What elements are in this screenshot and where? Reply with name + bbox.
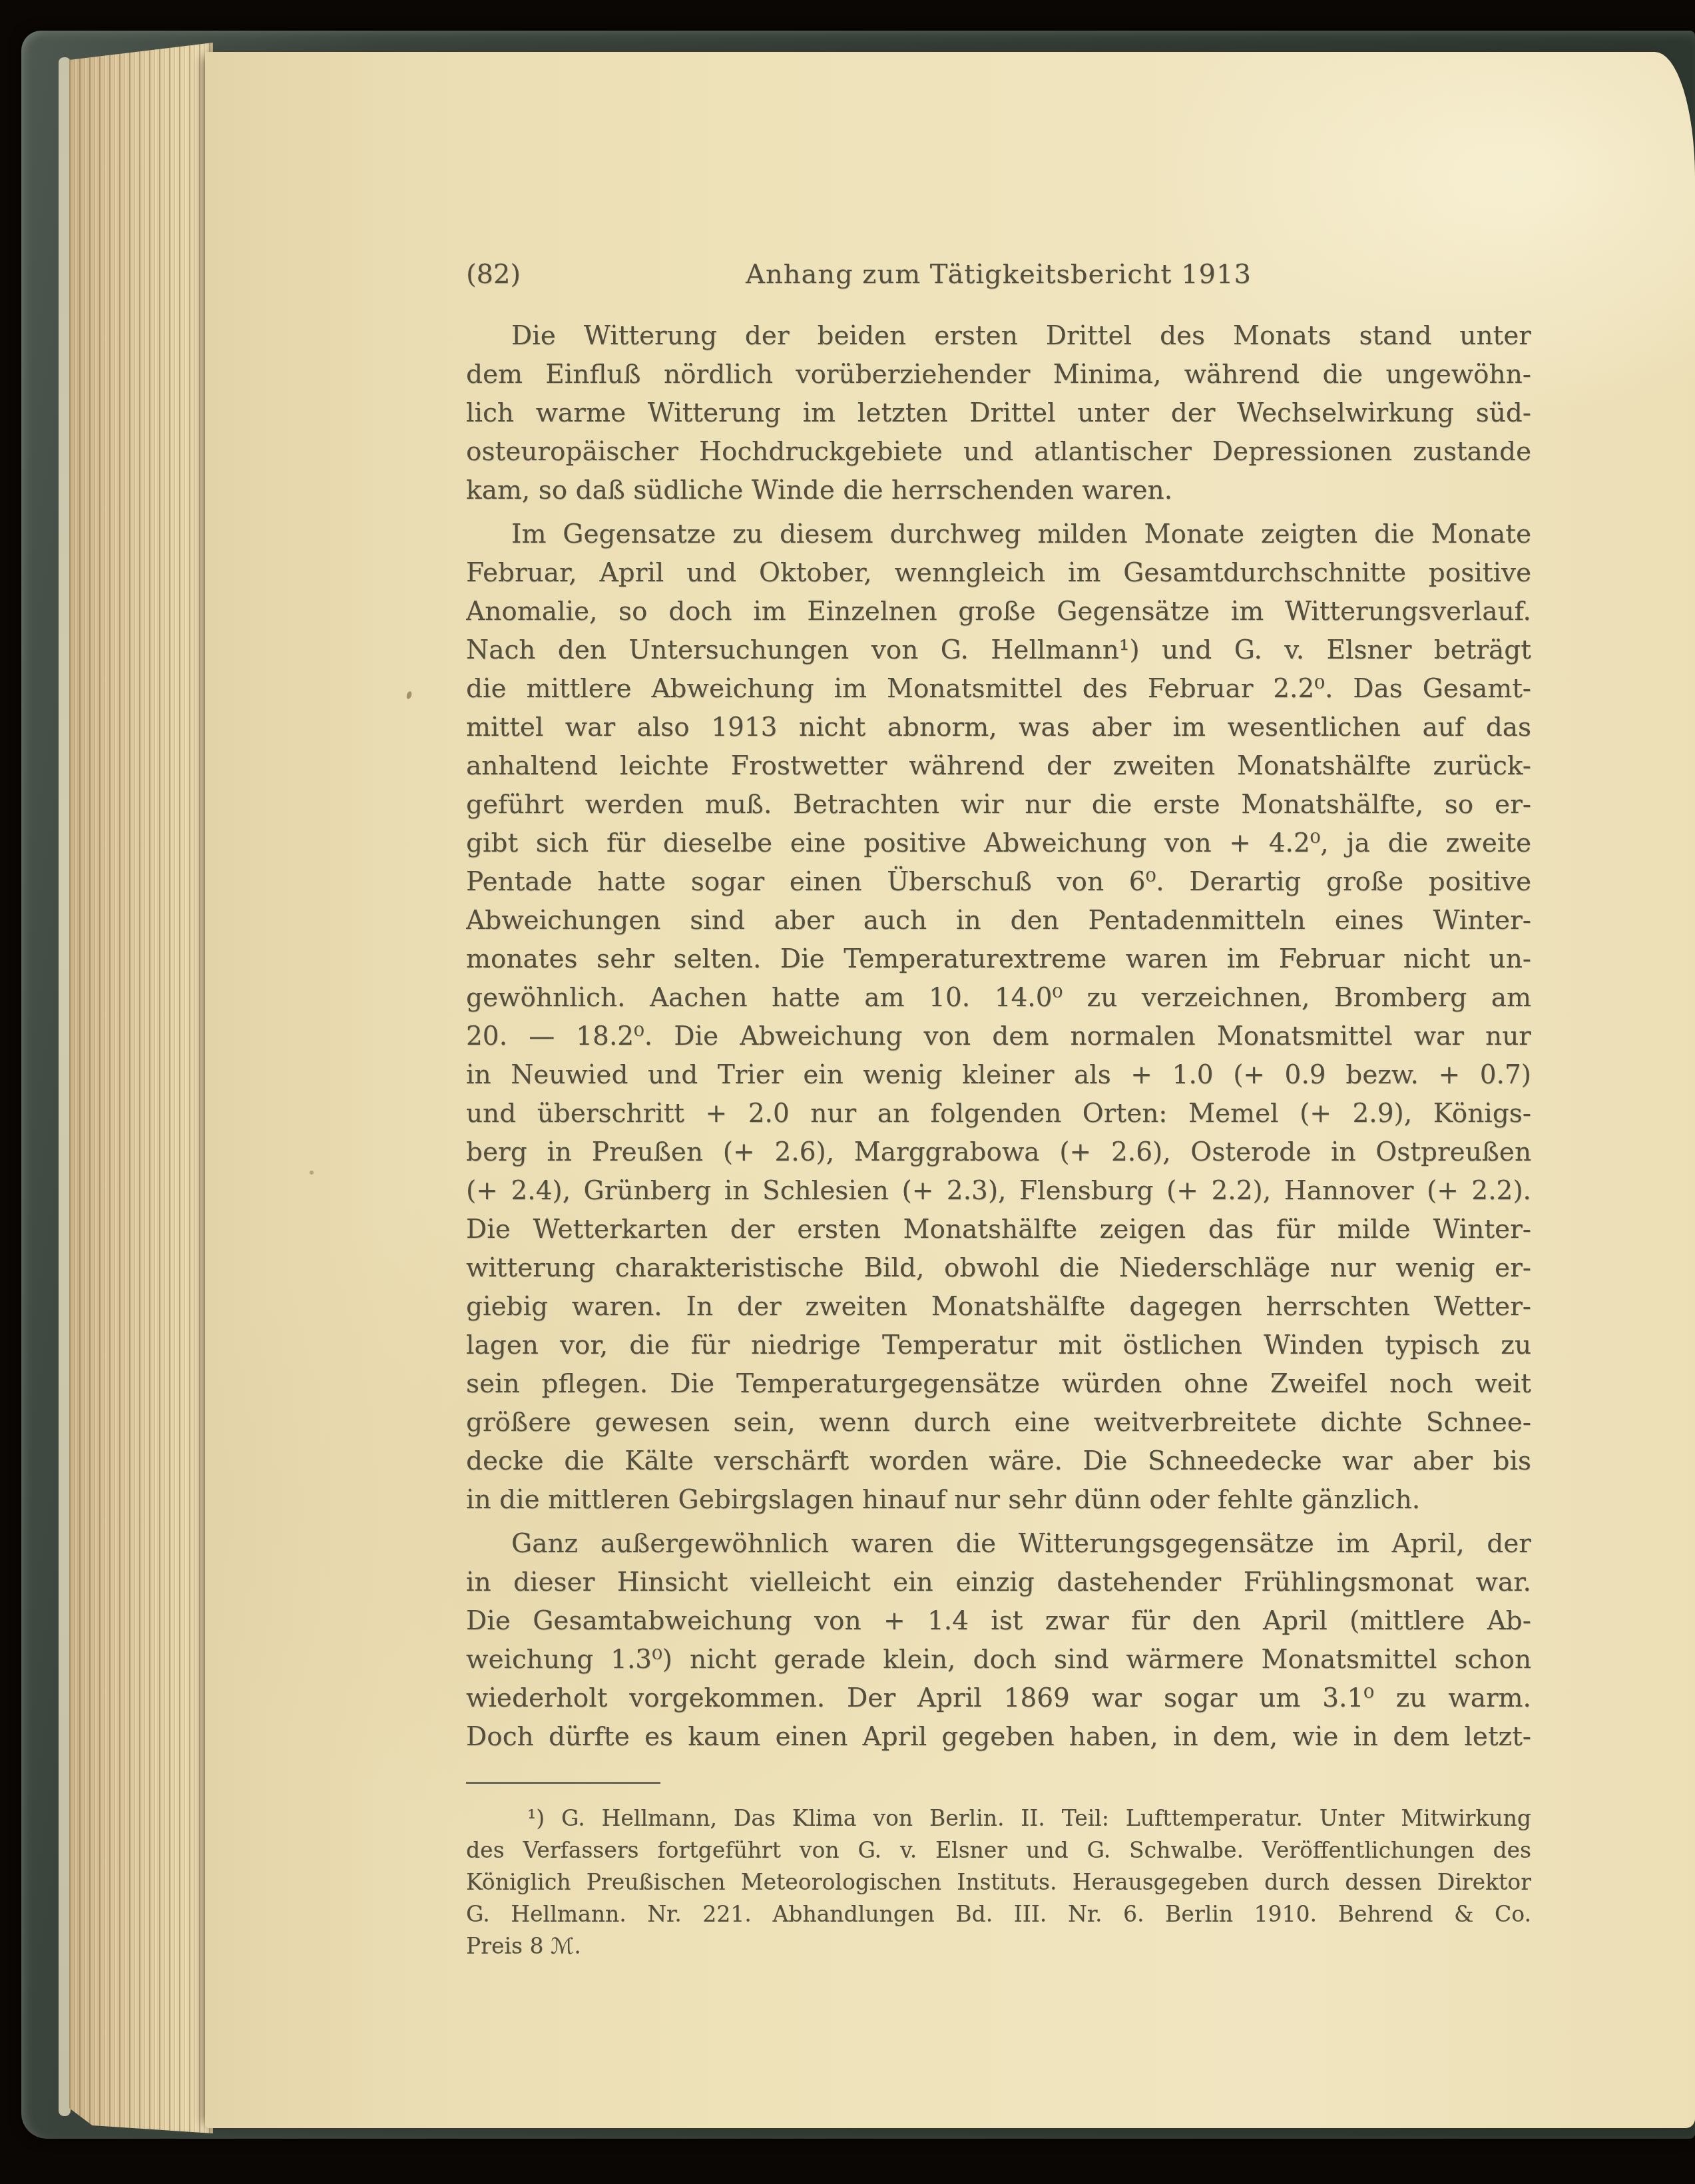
page-number: (82) [466, 257, 521, 292]
text-line: giebig waren. In der zweiten Monatshälft… [466, 1288, 1531, 1326]
text-line: kam, so daß südliche Winde die herrschen… [466, 471, 1531, 510]
text-line: witterung charakteristische Bild, obwohl… [466, 1249, 1531, 1288]
text-line: lagen vor, die für niedrige Temperatur m… [466, 1326, 1531, 1365]
text-line: gewöhnlich. Aachen hatte am 10. 14.0⁰ zu… [466, 979, 1531, 1017]
text-line: 20. — 18.2⁰. Die Abweichung von dem norm… [466, 1017, 1531, 1056]
text-line: Anomalie, so doch im Einzelnen große Geg… [466, 593, 1531, 631]
text-line: des Verfassers fortgeführt von G. v. Els… [466, 1834, 1531, 1866]
text-line: Die Gesamtabweichung von + 1.4 ist zwar … [466, 1602, 1531, 1641]
text-line: größere gewesen sein, wenn durch eine we… [466, 1404, 1531, 1442]
page-header: (82) Anhang zum Tätigkeitsbericht 1913 [466, 257, 1531, 292]
text-line: Doch dürfte es kaum einen April gegeben … [466, 1718, 1531, 1757]
text-line: dem Einfluß nördlich vorüberziehender Mi… [466, 356, 1531, 394]
text-line: Ganz außergewöhnlich waren die Witterung… [466, 1525, 1531, 1563]
book-page: (82) Anhang zum Tätigkeitsbericht 1913 D… [205, 52, 1695, 2128]
body-text: Die Witterung der beiden ersten Drittel … [466, 317, 1531, 1757]
text-line: Die Witterung der beiden ersten Drittel … [466, 317, 1531, 356]
text-line: berg in Preußen (+ 2.6), Marggrabowa (+ … [466, 1133, 1531, 1172]
footnote: ¹) G. Hellmann, Das Klima von Berlin. II… [466, 1802, 1531, 1962]
text-line: Preis 8 ℳ. [466, 1930, 1531, 1962]
text-block: (82) Anhang zum Tätigkeitsbericht 1913 D… [466, 52, 1531, 1962]
text-line: in die mittleren Gebirgslagen hinauf nur… [466, 1481, 1531, 1519]
paragraph: Im Gegensatze zu diesem durchweg milden … [466, 515, 1531, 1519]
book-scan: (82) Anhang zum Tätigkeitsbericht 1913 D… [0, 0, 1695, 2184]
text-line: anhaltend leichte Frostwetter während de… [466, 747, 1531, 786]
text-line: wiederholt vorgekommen. Der April 1869 w… [466, 1679, 1531, 1718]
text-line: decke die Kälte verschärft worden wäre. … [466, 1442, 1531, 1481]
text-line: in dieser Hinsicht vielleicht ein einzig… [466, 1563, 1531, 1602]
text-line: ¹) G. Hellmann, Das Klima von Berlin. II… [466, 1802, 1531, 1834]
text-line: geführt werden muß. Betrachten wir nur d… [466, 786, 1531, 824]
endpaper-edge [59, 57, 71, 2116]
text-line: weichung 1.3⁰) nicht gerade klein, doch … [466, 1641, 1531, 1679]
paragraph: Die Witterung der beiden ersten Drittel … [466, 317, 1531, 510]
text-line: mittel war also 1913 nicht abnorm, was a… [466, 708, 1531, 747]
text-line: sein pflegen. Die Temperaturgegensätze w… [466, 1365, 1531, 1404]
text-line: Pentade hatte sogar einen Überschuß von … [466, 863, 1531, 902]
scan-speck [310, 1171, 314, 1175]
text-line: Die Wetterkarten der ersten Monatshälfte… [466, 1211, 1531, 1249]
text-line: Abweichungen sind aber auch in den Penta… [466, 902, 1531, 940]
footnote-separator [466, 1782, 660, 1784]
scan-speck [405, 690, 412, 700]
text-line: gibt sich für dieselbe eine positive Abw… [466, 824, 1531, 863]
text-line: Nach den Untersuchungen von G. Hellmann¹… [466, 631, 1531, 670]
text-line: Februar, April und Oktober, wenngleich i… [466, 554, 1531, 593]
fanned-page-edges [69, 43, 213, 2133]
text-line: (+ 2.4), Grünberg in Schlesien (+ 2.3), … [466, 1172, 1531, 1211]
paragraph: Ganz außergewöhnlich waren die Witterung… [466, 1525, 1531, 1757]
text-line: und überschritt + 2.0 nur an folgenden O… [466, 1095, 1531, 1133]
text-line: osteuropäischer Hochdruckgebiete und atl… [466, 433, 1531, 471]
text-line: in Neuwied und Trier ein wenig kleiner a… [466, 1056, 1531, 1095]
text-line: monates sehr selten. Die Temperaturextre… [466, 940, 1531, 979]
text-line: die mittlere Abweichung im Monatsmittel … [466, 670, 1531, 708]
text-line: Königlich Preußischen Meteorologischen I… [466, 1866, 1531, 1898]
text-line: Im Gegensatze zu diesem durchweg milden … [466, 515, 1531, 554]
text-line: G. Hellmann. Nr. 221. Abhandlungen Bd. I… [466, 1898, 1531, 1930]
running-title: Anhang zum Tätigkeitsbericht 1913 [466, 257, 1531, 292]
text-line: lich warme Witterung im letzten Drittel … [466, 394, 1531, 433]
